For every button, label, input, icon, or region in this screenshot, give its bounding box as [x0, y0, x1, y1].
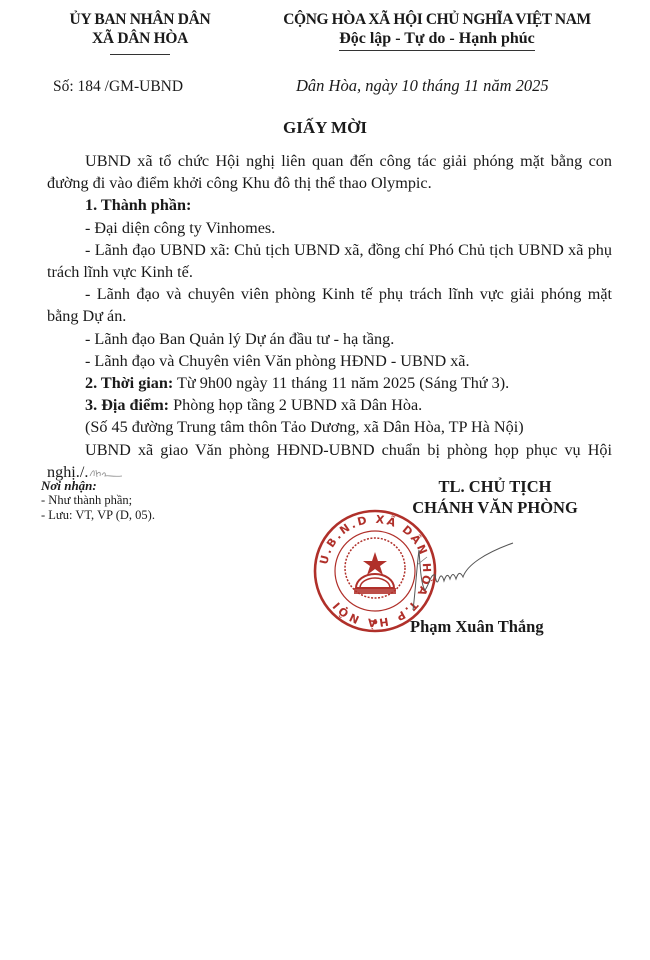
- signer-position: CHÁNH VĂN PHÒNG: [380, 497, 610, 518]
- signer-title-block: TL. CHỦ TỊCH CHÁNH VĂN PHÒNG: [380, 476, 610, 518]
- recipient-item: - Lưu: VT, VP (D, 05).: [41, 508, 155, 523]
- recipient-item: - Như thành phần;: [41, 493, 155, 508]
- place-date: Dân Hòa, ngày 10 tháng 11 năm 2025: [296, 76, 549, 96]
- signer-name: Phạm Xuân Thắng: [410, 617, 544, 637]
- recipients-label: Nơi nhận:: [41, 478, 155, 493]
- national-header: CỘNG HÒA XÃ HỘI CHỦ NGHĨA VIỆT NAM Độc l…: [272, 10, 602, 51]
- time-paragraph: 2. Thời gian: Từ 9h00 ngày 11 tháng 11 n…: [47, 372, 612, 394]
- meeting-location: Phòng họp tầng 2 UBND xã Dân Hòa.: [169, 396, 422, 414]
- issuing-agency: ỦY BAN NHÂN DÂN XÃ DÂN HÒA: [40, 10, 240, 55]
- location-paragraph: 3. Địa điểm: Phòng họp tầng 2 UBND xã Dâ…: [47, 394, 612, 416]
- section-1-heading: 1. Thành phần:: [47, 194, 612, 216]
- intro-paragraph: UBND xã tổ chức Hội nghị liên quan đến c…: [47, 150, 612, 194]
- section-3-heading: 3. Địa điểm:: [85, 396, 169, 414]
- recipients-block: Nơi nhận: - Như thành phần; - Lưu: VT, V…: [41, 478, 155, 523]
- national-motto: Độc lập - Tự do - Hạnh phúc: [339, 29, 535, 51]
- participant-item: - Lãnh đạo UBND xã: Chủ tịch UBND xã, đồ…: [47, 239, 612, 283]
- agency-underline: [110, 54, 170, 55]
- document-number: Số: 184 /GM-UBND: [53, 78, 183, 96]
- meeting-time: Từ 9h00 ngày 11 tháng 11 năm 2025 (Sáng …: [173, 374, 509, 392]
- participant-item: - Lãnh đạo và Chuyên viên Văn phòng HĐND…: [47, 350, 612, 372]
- signer-authority: TL. CHỦ TỊCH: [380, 476, 610, 497]
- handwritten-signature-icon: [405, 535, 525, 615]
- agency-line-1: ỦY BAN NHÂN DÂN: [40, 10, 240, 29]
- agency-line-2: XÃ DÂN HÒA: [40, 29, 240, 48]
- participant-item: - Lãnh đạo Ban Quản lý Dự án đầu tư - hạ…: [47, 328, 612, 350]
- meeting-address: (Số 45 đường Trung tâm thôn Tảo Dương, x…: [47, 416, 612, 438]
- document-body: UBND xã tổ chức Hội nghị liên quan đến c…: [47, 150, 612, 483]
- participant-item: - Đại diện công ty Vinhomes.: [47, 217, 612, 239]
- section-2-heading: 2. Thời gian:: [85, 374, 173, 392]
- closing-text: UBND xã giao Văn phòng HĐND-UBND chuẩn b…: [47, 441, 612, 481]
- nation-name: CỘNG HÒA XÃ HỘI CHỦ NGHĨA VIỆT NAM: [272, 10, 602, 29]
- participant-item: - Lãnh đạo và chuyên viên phòng Kinh tế …: [47, 283, 612, 327]
- document-title: GIẤY MỜI: [0, 118, 650, 138]
